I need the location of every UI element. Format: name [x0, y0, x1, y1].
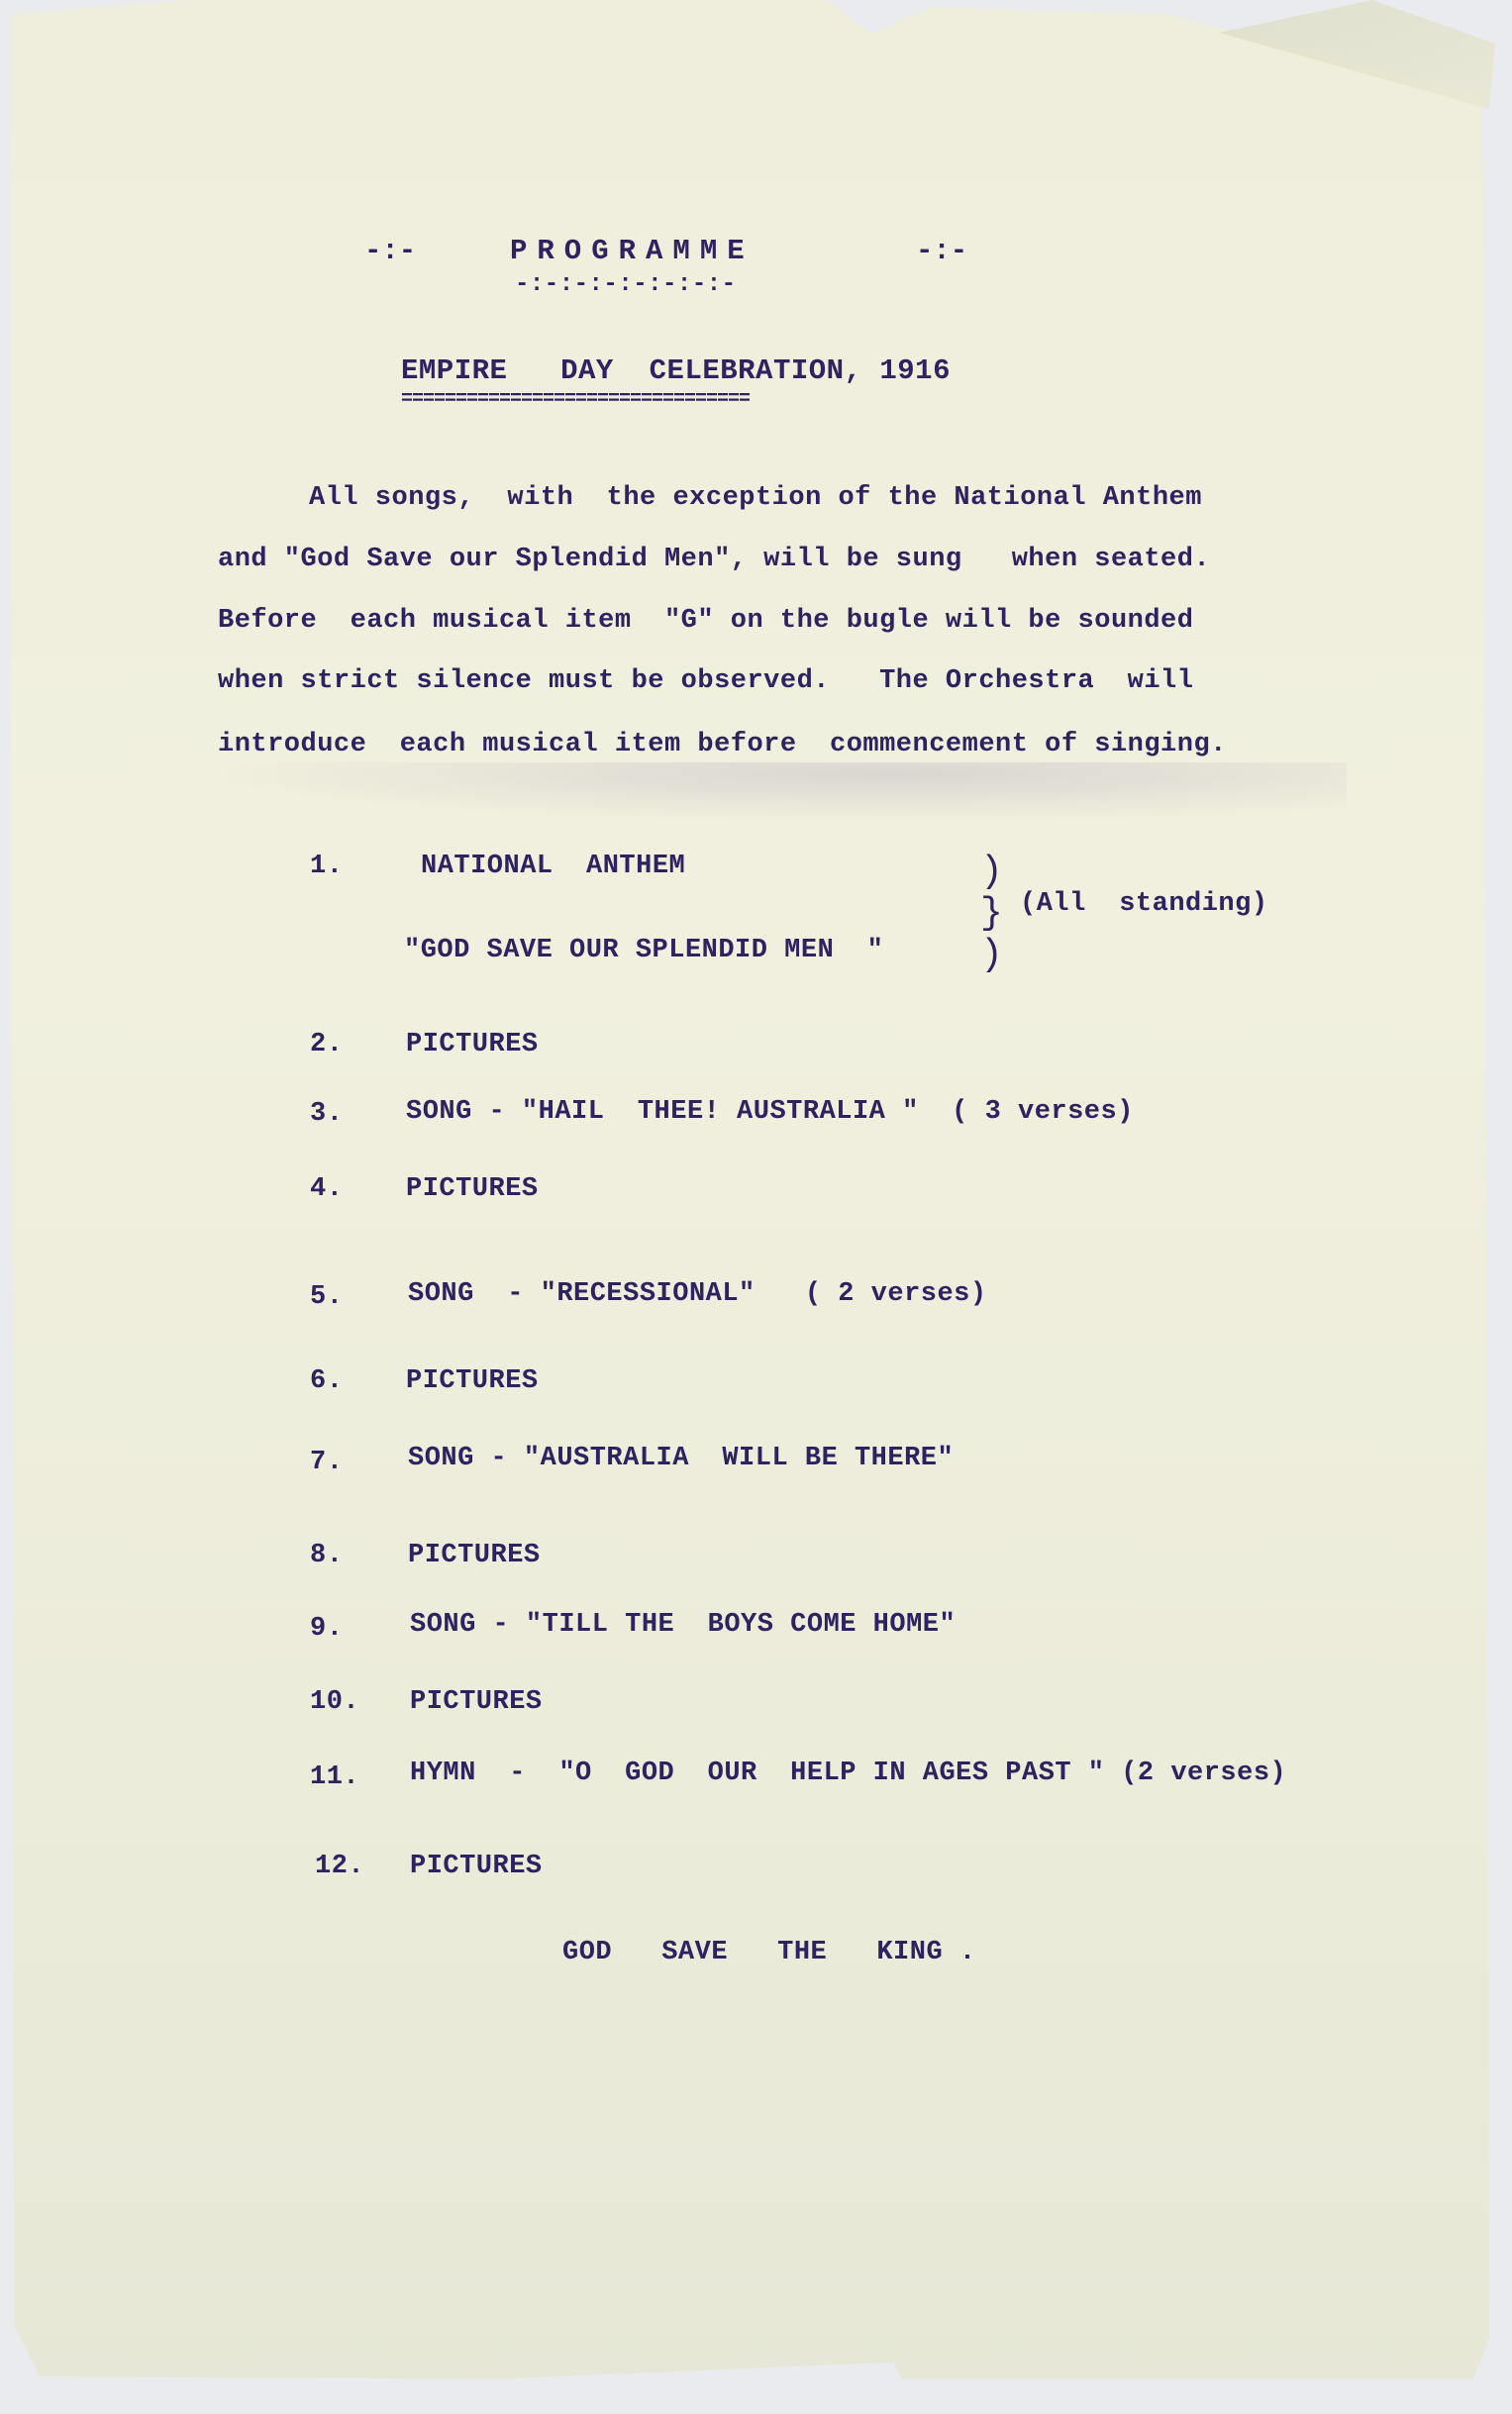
item-number: 12. [315, 1852, 364, 1881]
ornament-right: -:- [916, 235, 967, 267]
intro-line: when strict silence must be observed. Th… [218, 666, 1193, 696]
item-label: SONG - "HAIL THEE! AUSTRALIA " ( 3 verse… [406, 1097, 1134, 1127]
item-label: "GOD SAVE OUR SPLENDID MEN " [404, 936, 883, 965]
intro-line: introduce each musical item before comme… [218, 730, 1227, 759]
item-number: 1. [310, 852, 343, 881]
item-label: NATIONAL ANTHEM [421, 852, 685, 881]
item-label: PICTURES [406, 1366, 539, 1396]
item-number: 4. [310, 1174, 343, 1204]
item-number: 5. [310, 1282, 343, 1312]
item-number: 3. [310, 1099, 343, 1129]
item-label: HYMN - "O GOD OUR HELP IN AGES PAST " (2… [410, 1759, 1286, 1788]
item-label: SONG - "TILL THE BOYS COME HOME" [410, 1610, 956, 1640]
item-label: SONG - "RECESSIONAL" ( 2 verses) [408, 1279, 987, 1309]
item-label: SONG - "AUSTRALIA WILL BE THERE" [408, 1444, 954, 1473]
bracket-group: )}) [980, 852, 1003, 976]
item-label: PICTURES [410, 1687, 543, 1717]
item-number: 10. [310, 1687, 359, 1717]
page-title: PROGRAMME [510, 235, 755, 267]
item-label: PICTURES [410, 1852, 543, 1881]
title-dash-line: -:-:-:-:-:-:-:- [515, 271, 737, 298]
item-label: PICTURES [406, 1174, 539, 1204]
item-number: 8. [310, 1541, 343, 1570]
item-number: 7. [310, 1448, 343, 1477]
intro-line: All songs, with the exception of the Nat… [309, 483, 1202, 513]
item-number: 2. [310, 1030, 343, 1059]
intro-line: and "God Save our Splendid Men", will be… [218, 545, 1210, 574]
heading-underline: ================================ [401, 388, 750, 411]
event-heading: EMPIRE DAY CELEBRATION, 1916 [401, 354, 951, 387]
ink-smudge [208, 762, 1347, 822]
item-number: 6. [310, 1366, 343, 1396]
item-label: PICTURES [408, 1541, 541, 1570]
closing-line: GOD SAVE THE KING . [562, 1938, 976, 1967]
intro-line: Before each musical item "G" on the bugl… [218, 606, 1193, 636]
item-label: PICTURES [406, 1030, 539, 1059]
item-number: 11. [310, 1762, 359, 1792]
item-number: 9. [310, 1614, 343, 1644]
ornament-left: -:- [364, 235, 416, 267]
grouped-note: (All standing) [1020, 889, 1268, 919]
